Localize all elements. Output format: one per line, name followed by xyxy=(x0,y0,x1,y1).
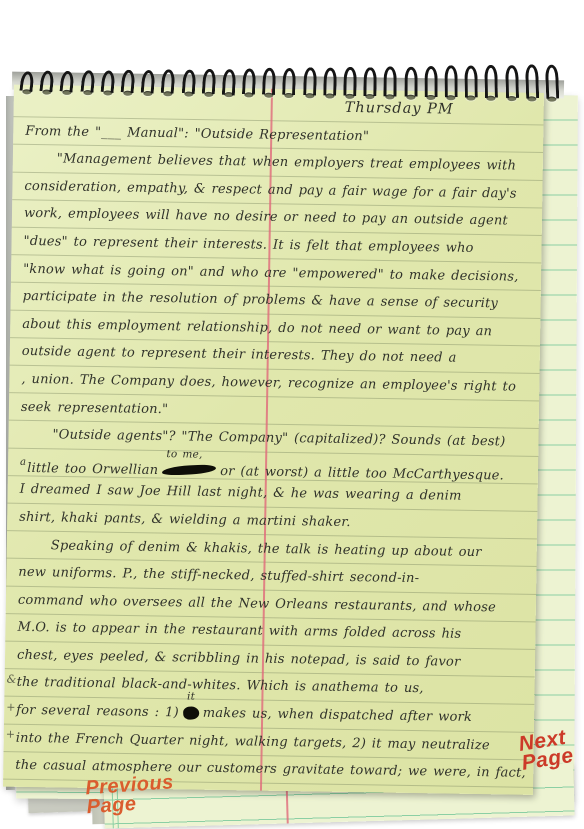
coil-wire xyxy=(40,70,55,92)
coil-wire xyxy=(303,67,317,95)
spiral-coil-icon xyxy=(403,8,419,100)
spiral-coil-icon xyxy=(504,9,520,101)
spiral-coil-icon xyxy=(302,6,318,98)
coil-wire xyxy=(424,66,437,97)
coil-wire xyxy=(505,65,519,99)
inline-insertion: to me, xyxy=(166,449,202,460)
coil-wire xyxy=(100,70,115,93)
spiral-coil-icon xyxy=(383,7,399,99)
written-page: Thursday PM From the "___ Manual": "Outs… xyxy=(3,85,544,795)
spiral-binding xyxy=(19,2,560,102)
margin-mark: + xyxy=(6,701,15,714)
spiral-coil-icon xyxy=(40,3,56,95)
spiral-coil-icon xyxy=(262,6,278,98)
spiral-coil-icon xyxy=(221,5,237,97)
coil-wire xyxy=(121,69,136,93)
previous-page-link[interactable]: Previous Page xyxy=(85,773,183,818)
spiral-coil-icon xyxy=(181,4,197,96)
coil-wire xyxy=(485,65,499,98)
spiral-coil-icon xyxy=(463,8,479,100)
ink-blot xyxy=(162,464,216,476)
spiral-coil-icon xyxy=(80,3,96,95)
spiral-coil-icon xyxy=(282,6,298,98)
coil-wire xyxy=(222,68,236,94)
spiral-coil-icon xyxy=(443,8,459,100)
spiral-coil-icon xyxy=(60,3,76,95)
coil-wire xyxy=(19,71,34,92)
spiral-coil-icon xyxy=(544,10,560,102)
coil-wire xyxy=(201,69,216,95)
coil-wire xyxy=(60,70,75,92)
coil-wire xyxy=(444,66,457,98)
ink-blot xyxy=(182,706,199,720)
inline-insertion: it xyxy=(187,692,195,702)
coil-wire xyxy=(141,69,156,93)
spiral-coil-icon xyxy=(342,7,358,99)
scratched-out-word: it xyxy=(183,699,199,727)
spiral-coil-icon xyxy=(363,7,379,99)
spiral-coil-icon xyxy=(484,9,500,101)
handwriting-block: Thursday PM From the "___ Manual": "Outs… xyxy=(3,85,544,788)
coil-wire xyxy=(364,67,377,97)
spiral-coil-icon xyxy=(19,2,35,94)
spiral-coil-icon xyxy=(201,5,217,97)
coil-wire xyxy=(384,66,397,96)
spiral-coil-icon xyxy=(524,9,540,101)
spiral-coil-icon xyxy=(161,4,177,96)
coil-wire xyxy=(242,68,256,95)
coil-wire xyxy=(262,68,276,95)
spiral-coil-icon xyxy=(423,8,439,100)
next-page-link[interactable]: Next Page xyxy=(517,725,584,773)
coil-wire xyxy=(464,65,478,97)
spiral-coil-icon xyxy=(100,3,116,95)
inserted-letter: a xyxy=(20,457,26,468)
spiral-coil-icon xyxy=(120,4,136,96)
coil-wire xyxy=(525,64,539,98)
scratched-out-word: to me, xyxy=(162,457,216,485)
coil-wire xyxy=(181,69,196,94)
coil-wire xyxy=(282,68,296,96)
coil-wire xyxy=(323,67,337,96)
margin-mark: + xyxy=(6,728,15,741)
margin-mark: & xyxy=(7,673,17,686)
spiral-coil-icon xyxy=(241,5,257,97)
coil-wire xyxy=(80,70,95,93)
scanned-notepad-photo: Thursday PM From the "___ Manual": "Outs… xyxy=(0,0,584,829)
coil-wire xyxy=(404,66,417,96)
coil-wire xyxy=(161,69,176,94)
coil-wire xyxy=(545,64,559,99)
coil-wire xyxy=(343,67,357,96)
spiral-coil-icon xyxy=(140,4,156,96)
spiral-coil-icon xyxy=(322,6,338,98)
